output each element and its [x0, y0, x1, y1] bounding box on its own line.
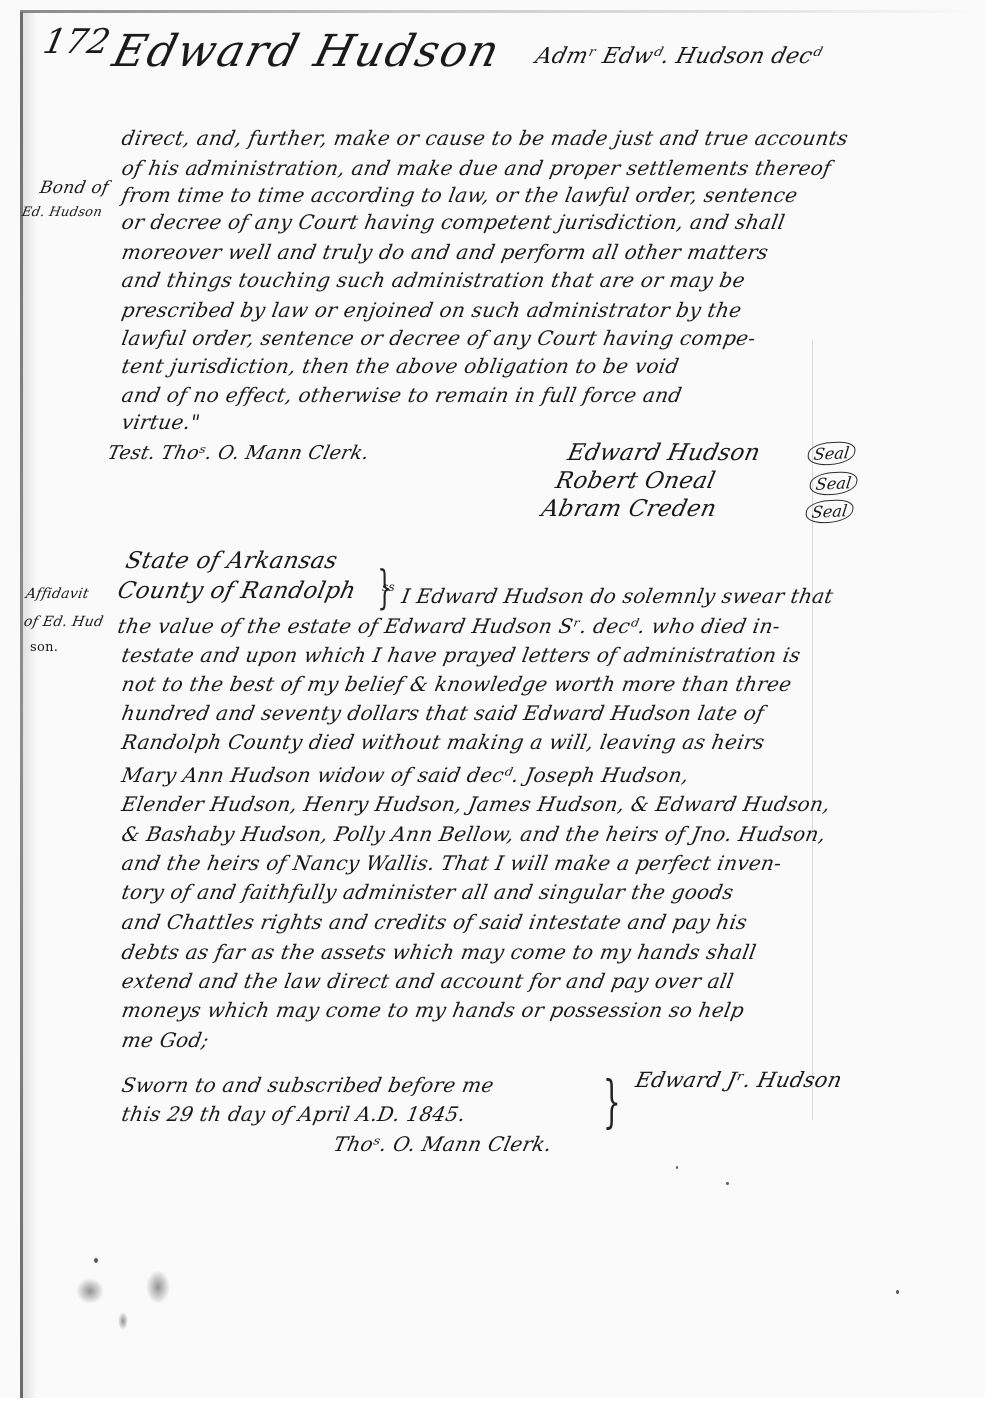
bond-line: of his administration, and make due and … — [120, 156, 833, 180]
ink-speck — [676, 1166, 678, 1169]
bond-line: or decree of any Court having competent … — [120, 210, 787, 234]
venue-state: State of Arkansas — [123, 548, 340, 574]
affidavit-line: Randolph County died without making a wi… — [120, 730, 767, 754]
bond-line: prescribed by law or enjoined on such ad… — [120, 298, 744, 322]
clerk-signature: Thoˢ. O. Mann Clerk. — [331, 1132, 554, 1156]
margin-note-affidavit-suffix: son. — [30, 640, 58, 655]
affidavit-line: and the heirs of Nancy Wallis. That I wi… — [120, 851, 784, 875]
affidavit-line: debts as far as the assets which may com… — [120, 940, 758, 964]
affiant-signature: Edward Jʳ. Hudson — [633, 1068, 844, 1092]
bond-line: virtue." — [120, 410, 202, 434]
jurat-line: Sworn to and subscribed before me — [120, 1073, 496, 1097]
attestation-clerk: Test. Thoˢ. O. Mann Clerk. — [106, 442, 372, 464]
bond-line: and things touching such administration … — [120, 268, 747, 292]
jurat-line: this 29 th day of April A.D. 1845. — [120, 1102, 468, 1126]
venue-county: County of Randolph — [115, 578, 358, 604]
affidavit-line: testate and upon which I have prayed let… — [120, 643, 803, 667]
document-page: 172 Edward Hudson Admʳ Edwᵈ. Hudson decᵈ… — [0, 0, 1004, 1415]
bond-line: lawful order, sentence or decree of any … — [120, 326, 758, 350]
bond-line: moreover well and truly do and and perfo… — [120, 240, 770, 264]
page-subtitle: Admʳ Edwᵈ. Hudson decᵈ — [533, 44, 824, 69]
affidavit-line: Elender Hudson, Henry Hudson, James Huds… — [120, 792, 832, 816]
affidavit-line: tory of and faithfully administer all an… — [120, 880, 736, 904]
signatory-name: Abram Creden — [539, 496, 719, 522]
page-top-edge — [20, 10, 980, 13]
seal-mark: Seal — [808, 471, 858, 496]
page-right-margin — [985, 0, 1004, 1415]
page-bottom-margin — [0, 1398, 1004, 1415]
ink-smudge — [146, 1270, 170, 1304]
affidavit-line: moneys which may come to my hands or pos… — [120, 998, 746, 1022]
page-title: Edward Hudson — [108, 26, 506, 77]
affidavit-line: not to the best of my belief & knowledge… — [120, 672, 794, 696]
seal-mark: Seal — [806, 441, 856, 466]
affidavit-line: hundred and seventy dollars that said Ed… — [120, 701, 766, 725]
ink-speck — [896, 1290, 899, 1294]
affidavit-opening: I Edward Hudson do solemnly swear that — [400, 584, 835, 608]
margin-note-affidavit: Affidavit — [25, 586, 91, 602]
affidavit-line: & Bashaby Hudson, Polly Ann Bellow, and … — [120, 822, 828, 846]
affidavit-line: me God; — [120, 1028, 211, 1052]
ink-speck — [94, 1258, 98, 1263]
affidavit-line: the value of the estate of Edward Hudson… — [116, 614, 782, 638]
affidavit-line: and Chattles rights and credits of said … — [120, 910, 749, 934]
signatory-name: Edward Hudson — [565, 440, 762, 466]
ink-speck — [726, 1182, 729, 1185]
affidavit-line: Mary Ann Hudson widow of said decᵈ. Jose… — [120, 763, 691, 787]
bond-line: from time to time according to law, or t… — [120, 183, 800, 207]
jurat-brace: } — [603, 1070, 621, 1135]
bond-line: tent jurisdiction, then the above obliga… — [120, 354, 681, 378]
affidavit-line: extend and the law direct and account fo… — [120, 969, 736, 993]
ink-smudge — [118, 1312, 128, 1330]
binding-shadow — [23, 12, 37, 1404]
page-number: 172 — [40, 22, 114, 62]
ink-smudge — [76, 1278, 104, 1304]
signatory-name: Robert Oneal — [553, 468, 718, 494]
margin-note-affidavit-name: of Ed. Hud — [23, 614, 105, 630]
bond-line: and of no effect, otherwise to remain in… — [120, 383, 684, 407]
margin-note-bond-name: Ed. Hudson — [21, 205, 104, 220]
bond-line: direct, and, further, make or cause to b… — [120, 126, 850, 150]
ss-mark: ss — [382, 580, 395, 594]
margin-note-bond: Bond of — [38, 178, 110, 198]
